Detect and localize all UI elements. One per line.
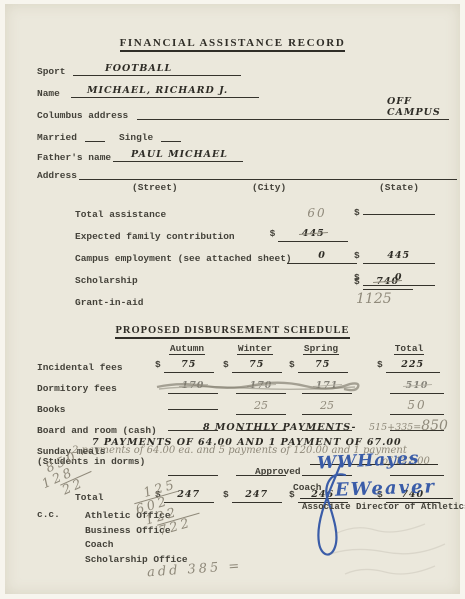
name-line: [71, 97, 259, 98]
campus-employment-label: Campus employment (see attached sheet): [75, 253, 292, 264]
dormitory-autumn-cell: 170: [155, 375, 219, 394]
total-assistance-amount-cell: $: [354, 202, 446, 220]
columbus-address-value: OFF CAMPUS: [387, 96, 446, 118]
name-label: Name: [37, 88, 60, 99]
schedule-total-label: Total: [75, 492, 104, 503]
grant-in-aid-label: Grant-in-aid: [75, 297, 143, 308]
board-room-hand-total: 515+335=850: [369, 417, 448, 435]
books-spring-cell: 25: [289, 396, 353, 415]
single-blank: [161, 141, 181, 142]
column-header-spring: Spring: [289, 343, 353, 354]
dollar-sign: $: [354, 276, 360, 287]
address-line: [79, 179, 457, 180]
campus-employment-amount-cell: $445: [354, 245, 446, 264]
column-header-winter: Winter: [223, 343, 287, 354]
books-winter-cell: 25: [223, 396, 287, 415]
dollar-sign: $: [270, 228, 276, 239]
dormitory-total-cell: 510: [377, 375, 441, 394]
father-name-label: Father's name: [37, 152, 111, 163]
director-label: Associate Director of Athletics: [302, 502, 465, 512]
board-spring-cell: [289, 418, 353, 436]
sport-line: [73, 75, 241, 76]
family-contribution-struck-value: 445: [302, 228, 325, 239]
sunday-total-blank: [390, 475, 444, 476]
approved-label: Approved: [255, 466, 301, 477]
page-title: FINANCIAL ASSISTANCE RECORD: [120, 37, 346, 52]
cc-label: c.c.: [37, 509, 60, 520]
married-blank: [85, 141, 105, 142]
grant-in-aid-hand-value: 1125: [356, 291, 392, 307]
board-room-label: Board and room (cash): [37, 425, 157, 436]
total-winter-cell: $247: [223, 484, 287, 503]
column-header-total: Total: [377, 343, 441, 354]
dollar-sign: $: [354, 250, 360, 261]
books-label: Books: [37, 404, 66, 415]
sport-value: FOOTBALL: [105, 63, 172, 74]
name-value: MICHAEL, RICHARD J.: [87, 85, 228, 96]
grant-in-aid-struck-value: 740: [376, 276, 399, 287]
dormitory-fees-label: Dormitory fees: [37, 383, 117, 394]
dormitory-winter-cell: 170: [223, 375, 287, 394]
state-caption: (State): [379, 182, 419, 193]
columbus-address-line: [137, 119, 449, 120]
board-winter-cell: [223, 418, 287, 436]
city-caption: (City): [252, 182, 286, 193]
family-contribution-label: Expected family contribution: [75, 231, 235, 242]
sunday-autumn-blank: [168, 475, 218, 476]
faint-pencil-scribbles: [325, 514, 460, 594]
dormitory-spring-cell: 171: [289, 375, 353, 394]
books-total-cell: 50: [377, 396, 441, 415]
campus-employment-amount: 445: [387, 250, 410, 261]
incidental-autumn-cell: $75: [155, 354, 219, 373]
schedule-heading: PROPOSED DISBURSEMENT SCHEDULE: [115, 325, 349, 339]
total-assistance-amount-blank: [363, 214, 435, 215]
column-header-autumn: Autumn: [155, 343, 219, 354]
scanned-form-page: FINANCIAL ASSISTANCE RECORD Sport FOOTBA…: [0, 0, 465, 599]
sport-label: Sport: [37, 66, 66, 77]
street-caption: (Street): [132, 182, 178, 193]
grant-in-aid-amount-cell: $7401125: [354, 271, 446, 308]
incidental-spring-cell: $75: [289, 354, 353, 373]
incidental-fees-label: Incidental fees: [37, 362, 123, 373]
board-autumn-cell: [155, 418, 219, 436]
father-name-value: PAUL MICHAEL: [131, 149, 228, 160]
books-autumn-cell: [155, 397, 219, 415]
single-label: Single: [119, 132, 153, 143]
paper-sheet: FINANCIAL ASSISTANCE RECORD Sport FOOTBA…: [5, 4, 460, 594]
scholarship-label: Scholarship: [75, 275, 138, 286]
campus-employment-mid-value: 0: [318, 250, 326, 261]
father-name-line: [113, 161, 243, 162]
columbus-address-label: Columbus address: [37, 110, 128, 121]
dollar-sign: $: [354, 207, 360, 218]
incidental-total-cell: $225: [377, 354, 441, 373]
cc-item-coach: Coach: [85, 538, 188, 553]
total-assistance-hand-note: 60: [267, 206, 367, 220]
address-label: Address: [37, 170, 77, 181]
family-contribution-cell: $445: [259, 223, 359, 242]
incidental-winter-cell: $75: [223, 354, 287, 373]
married-label: Married: [37, 132, 77, 143]
total-assistance-label: Total assistance: [75, 209, 166, 220]
